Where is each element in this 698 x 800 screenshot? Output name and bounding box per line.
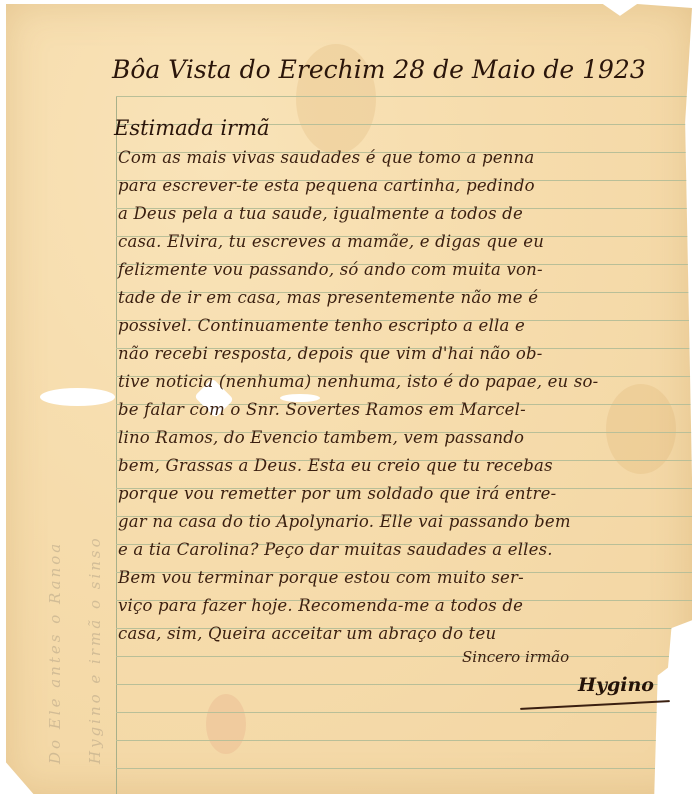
letter-line: bem, Grassas a Deus. Esta eu creio que t… [118,458,553,475]
letter-line: não recebi resposta, depois que vim d'ha… [118,346,543,363]
ruled-line [116,740,692,741]
signature: Hygino [578,676,654,695]
letter-line: felizmente vou passando, só ando com mui… [118,262,543,279]
ruled-line [116,768,692,769]
closing: Sincero irmão [462,650,569,665]
water-stain [206,694,246,754]
letter-line: gar na casa do tio Apolynario. Elle vai … [118,514,571,531]
letter-line: para escrever-te esta pequena cartinha, … [118,178,535,195]
letter-line: casa, sim, Queira acceitar um abraço do … [118,626,496,643]
letter-line: porque vou remetter por um soldado que i… [118,486,556,503]
ruled-line [116,96,692,97]
salutation: Estimada irmã [114,118,270,139]
letter-line: be falar com o Snr. Sovertes Ramos em Ma… [118,402,526,419]
letter-line: viço para fazer hoje. Recomenda-me a tod… [118,598,523,615]
letter-line: tive noticia (nenhuma) nenhuma, isto é d… [118,374,598,391]
letter-line: Bem vou terminar porque estou com muito … [118,570,524,587]
letter-line: Com as mais vivas saudades é que tomo a … [118,150,534,167]
torn-hole [40,388,115,406]
letter-line: possivel. Continuamente tenho escripto a… [118,318,525,335]
bleed-through-text: Do Ele antes o Ranoa [46,541,64,764]
letter-line: tade de ir em casa, mas presentemente nã… [118,290,538,307]
ruled-line [116,656,692,657]
letter-line: e a tia Carolina? Peço dar muitas saudad… [118,542,553,559]
margin-line [116,96,117,796]
bleed-through-text: Hygino e irmã o sinso [86,535,104,764]
letter-line: casa. Elvira, tu escreves a mamãe, e dig… [118,234,544,251]
place-date-heading: Bôa Vista do Erechim 28 de Maio de 1923 [112,57,646,82]
letter-line: lino Ramos, do Evencio tambem, vem passa… [118,430,524,447]
ruled-line [116,712,692,713]
letter-line: a Deus pela a tua saude, igualmente a to… [118,206,523,223]
